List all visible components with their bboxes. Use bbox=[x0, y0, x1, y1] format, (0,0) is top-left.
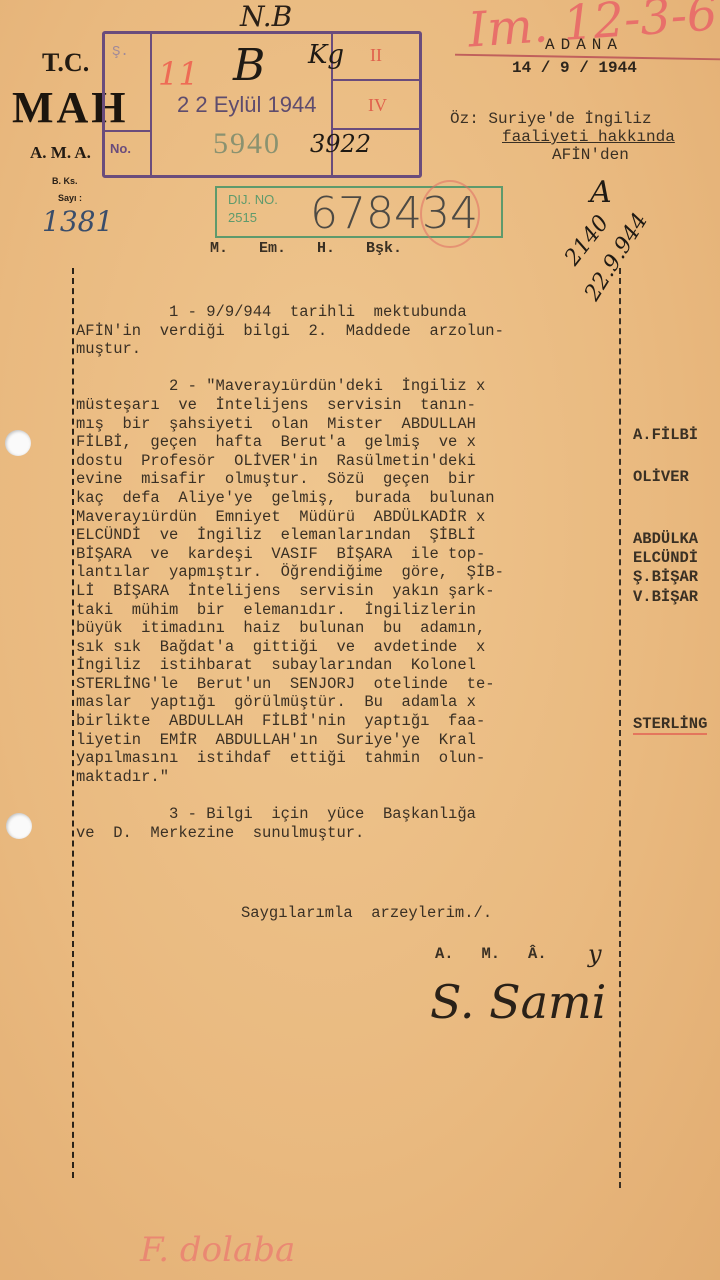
body-line: kaç defa Aliye'ye gelmiş, burada bulunan bbox=[76, 489, 624, 508]
letterhead-sayi-label: Sayı : bbox=[58, 193, 82, 203]
red-tick-marks: 11 bbox=[158, 55, 199, 93]
letterhead-bks: B. Ks. bbox=[52, 176, 78, 186]
body-line: yapılmasını istihdaf ettiği tahmin olun- bbox=[76, 749, 624, 768]
addressee: M. Em. H. Bşk. bbox=[210, 240, 402, 257]
subject-line-2: faaliyeti hakkında bbox=[450, 128, 675, 146]
left-margin-rule bbox=[72, 268, 74, 1178]
body-line: 2 - "Maverayıürdün'deki İngiliz x bbox=[76, 377, 624, 396]
body-line bbox=[76, 786, 624, 805]
body-line: İngiliz istihbarat subaylarından Kolonel bbox=[76, 656, 624, 675]
body-line: Lİ BİŞARA İntelijens servisin yakın şark… bbox=[76, 582, 624, 601]
stamp-handwritten-number: 3922 bbox=[310, 130, 371, 158]
body-line: evine misafir olmuştur. Sözü geçen bir bbox=[76, 470, 624, 489]
handwritten-mark: y bbox=[588, 940, 602, 968]
sayi-handwritten-number: 1381 bbox=[42, 205, 113, 238]
body-line: maktadır." bbox=[76, 768, 624, 787]
body-line: birlikte ABDULLAH FİLBİ'nin yaptığı faa- bbox=[76, 712, 624, 731]
red-circle-mark bbox=[420, 180, 480, 248]
margin-note: V.BİŞAR bbox=[633, 588, 698, 606]
subject-line-3: AFİN'den bbox=[450, 146, 675, 164]
subject-block: Öz: Suriye'de İngiliz faaliyeti hakkında… bbox=[450, 110, 675, 164]
margin-note: ABDÜLKA bbox=[633, 530, 698, 548]
document-date: 14 / 9 / 1944 bbox=[512, 59, 637, 77]
punch-hole bbox=[6, 813, 32, 839]
margin-note: Ş.BİŞAR bbox=[633, 568, 698, 586]
body-line: maslar yaptığı görülmüştür. Bu adamla x bbox=[76, 693, 624, 712]
body-line: ve D. Merkezine sunulmuştur. bbox=[76, 824, 624, 843]
stamp-date: 2 2 Eylül 1944 bbox=[177, 92, 316, 118]
stamp-number: 5940 bbox=[213, 127, 281, 161]
stamp-no-label: No. bbox=[110, 141, 131, 156]
signature-block: A. M. Â. bbox=[435, 945, 547, 963]
letter-body: 1 - 9/9/944 tarihli mektubundaAFİN'in ve… bbox=[76, 303, 624, 842]
handwritten-initial: B bbox=[233, 40, 265, 91]
margin-note: STERLİNG bbox=[633, 715, 707, 735]
footer-red-note: F. dolaba bbox=[140, 1230, 295, 1270]
body-line: lantılar yapmıştır. Öğrendiğime göre, Şİ… bbox=[76, 563, 624, 582]
handwritten-mark: Kg bbox=[308, 40, 344, 70]
stamp-s-label: Ş. bbox=[112, 44, 129, 60]
subject-line-1: Öz: Suriye'de İngiliz bbox=[450, 110, 675, 128]
body-line: taki mühim bir elemanıdır. İngilizlerin bbox=[76, 601, 624, 620]
body-line: mış bir şahsiyeti olan Mister ABDULLAH bbox=[76, 415, 624, 434]
signature: S. Sami bbox=[430, 975, 606, 1029]
body-line: büyük itimadını haiz bulunan bu adamın, bbox=[76, 619, 624, 638]
letterhead-ama: A. M. A. bbox=[30, 143, 91, 163]
letterhead-tc: T.C. bbox=[42, 48, 89, 78]
stamp-roman-2: IV bbox=[368, 95, 387, 116]
body-line bbox=[76, 359, 624, 378]
body-line: BİŞARA ve kardeşi VASIF BİŞARA ile top- bbox=[76, 545, 624, 564]
body-line: müsteşarı ve İntelijens servisin tanın- bbox=[76, 396, 624, 415]
dij-label: DIJ. NO. bbox=[228, 192, 278, 207]
body-line: AFİN'in verdiği bilgi 2. Maddede arzolun… bbox=[76, 322, 624, 341]
margin-note: ELCÜNDİ bbox=[633, 549, 698, 567]
body-line: muştur. bbox=[76, 340, 624, 359]
place: ADANA bbox=[545, 36, 623, 54]
body-line: STERLİNG'le Berut'un SENJORJ otelinde te… bbox=[76, 675, 624, 694]
handwritten-nb: N.B bbox=[240, 0, 292, 33]
body-line: liyetin EMİR ABDULLAH'ın Suriye'ye Kral bbox=[76, 731, 624, 750]
handwritten-letter: A bbox=[590, 175, 612, 210]
body-line: Maverayıürdün Emniyet Müdürü ABDÜLKADİR … bbox=[76, 508, 624, 527]
body-line: dostu Profesör OLİVER'in Rasülmetin'deki bbox=[76, 452, 624, 471]
body-line: sık sık Bağdat'a gittiği ve avdetinde x bbox=[76, 638, 624, 657]
body-line: 1 - 9/9/944 tarihli mektubunda bbox=[76, 303, 624, 322]
closing-line: Saygılarımla arzeylerim./. bbox=[241, 904, 492, 922]
body-line: ELCÜNDİ ve İngiliz elemanlarından ŞİBLİ bbox=[76, 526, 624, 545]
punch-hole bbox=[5, 430, 31, 456]
stamp-roman-1: II bbox=[370, 45, 382, 66]
body-line: FİLBİ, geçen hafta Berut'a gelmiş ve x bbox=[76, 433, 624, 452]
body-line: 3 - Bilgi için yüce Başkanlığa bbox=[76, 805, 624, 824]
margin-note: A.FİLBİ bbox=[633, 426, 698, 444]
dij-number: 2515 bbox=[228, 210, 257, 225]
margin-note: OLİVER bbox=[633, 468, 689, 486]
